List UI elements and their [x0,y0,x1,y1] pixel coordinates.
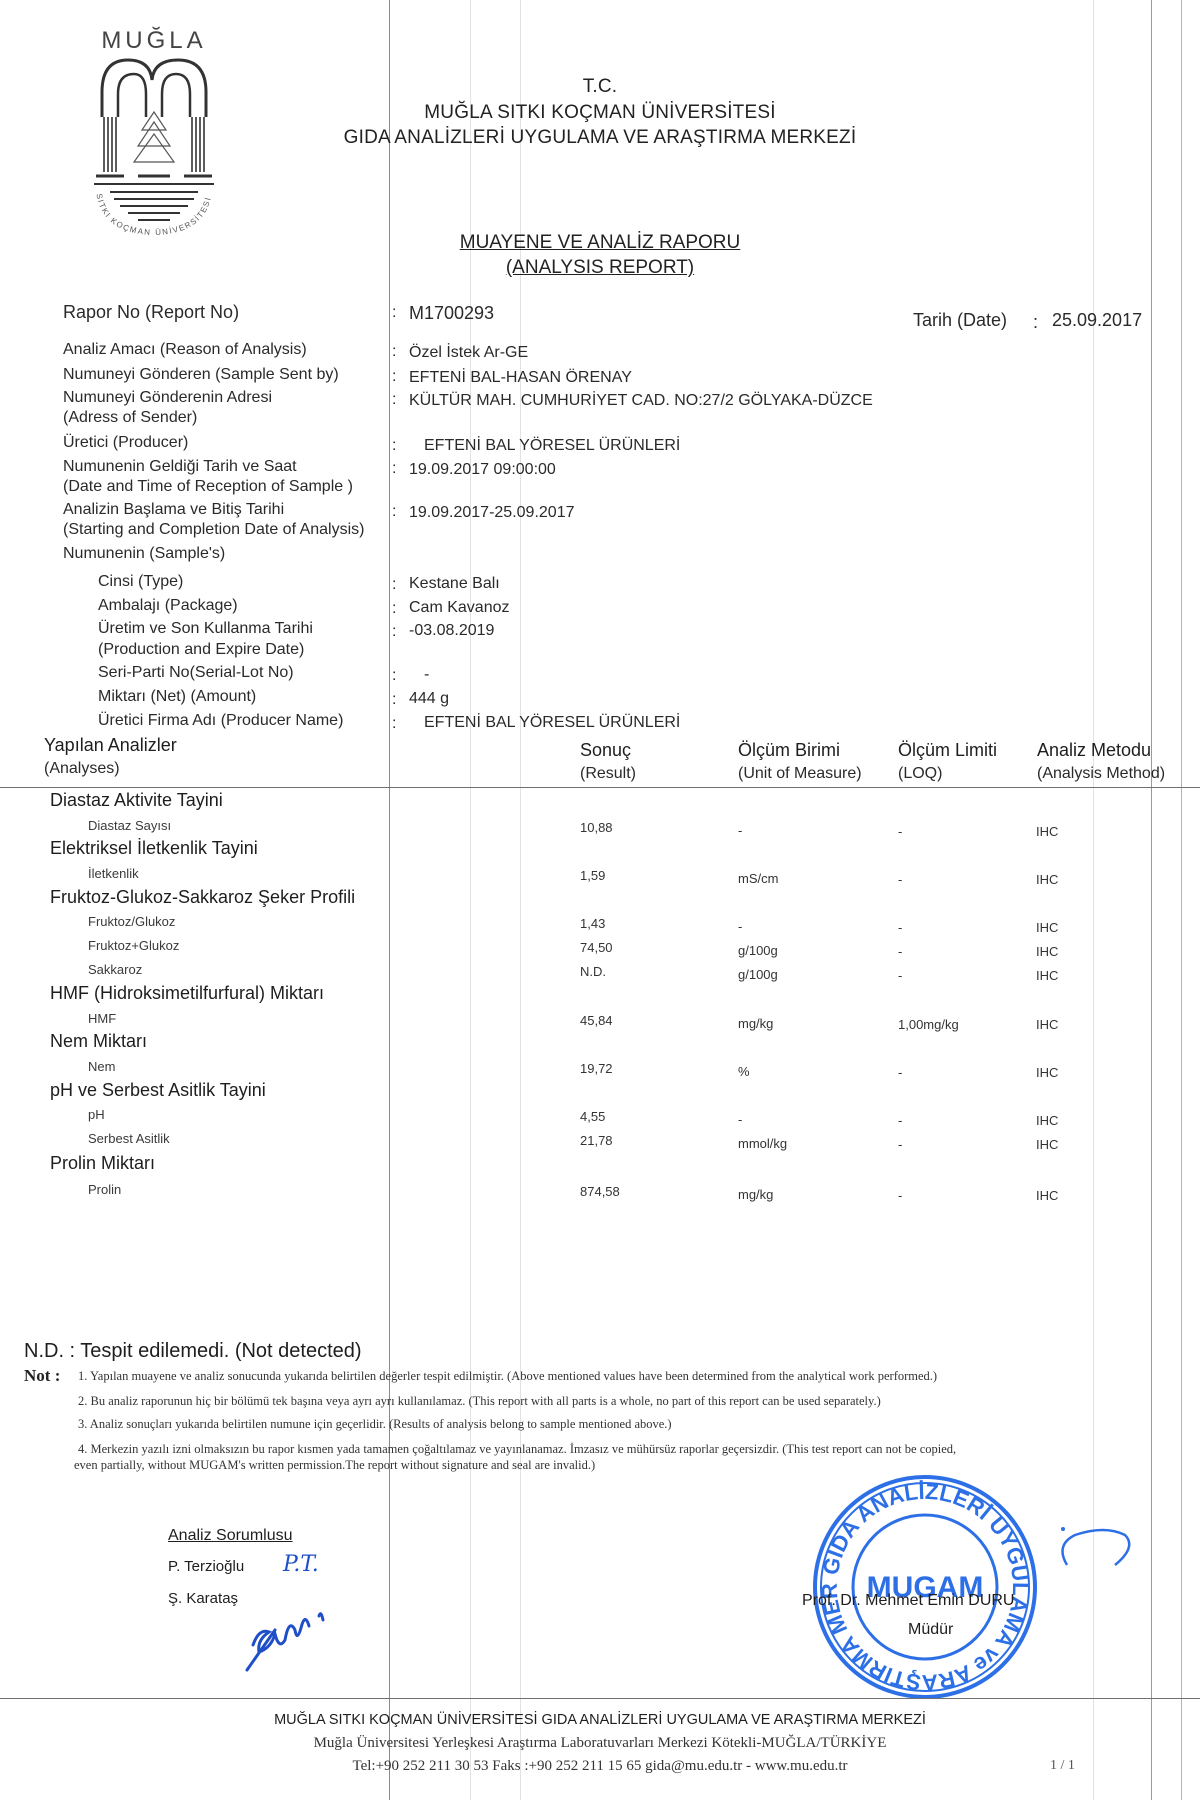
loq-value: 1,00mg/kg [898,1017,959,1032]
analysts-title: Analiz Sorumlusu [168,1527,293,1545]
colon: : [392,460,396,478]
note-item: even partially, without MUGAM's written … [74,1458,595,1473]
method-value: IHC [1036,1137,1058,1152]
column-header-en: (Analyses) [44,760,120,778]
method-value: IHC [1036,1113,1058,1128]
unit-value: - [738,1112,742,1127]
sample-field-label: Seri-Parti No(Serial-Lot No) [98,664,294,682]
column-header: Analiz Metodu [1037,740,1151,761]
field-label: Analizin Başlama ve Bitiş Tarihi [63,501,284,519]
scan-line [1151,0,1152,1800]
method-value: IHC [1036,824,1058,839]
parameter-name: pH [88,1107,105,1122]
parameter-name: Fruktoz/Glukoz [88,914,175,929]
field-label: Üretici (Producer) [63,434,188,452]
header-tc: T.C. [300,76,900,98]
colon: : [392,667,396,685]
note-item: 3. Analiz sonuçları yukarıda belirtilen … [78,1417,672,1432]
official-stamp-icon: GIDA ANALİZLERİ UYGULAMA ve ARAŞTIRMA ME… [808,1470,1043,1705]
analysis-group: pH ve Serbest Asitlik Tayini [50,1080,266,1101]
parameter-name: Serbest Asitlik [88,1131,170,1146]
nd-legend: N.D. : Tespit edilemedi. (Not detected) [24,1340,362,1363]
scan-line [1181,0,1182,1800]
unit-value: % [738,1064,750,1079]
parameter-name: Diastaz Sayısı [88,818,171,833]
unit-value: mS/cm [738,871,778,886]
column-header: Sonuç [580,740,631,761]
notes-label: Not : [24,1366,60,1386]
field-value: EFTENİ BAL-HASAN ÖRENAY [409,369,632,387]
unit-value: mg/kg [738,1016,773,1031]
unit-value: mmol/kg [738,1136,787,1151]
sample-field-value: -03.08.2019 [409,622,494,640]
parameter-name: Nem [88,1059,115,1074]
analysis-group: HMF (Hidroksimetilfurfural) Miktarı [50,983,324,1004]
university-arch-logo-icon: MUĞLA SITKI KOÇMAN ÜNİVERSİTESİ [88,22,220,237]
director-signature-icon [1055,1525,1135,1575]
colon: : [392,437,396,455]
analyst-1: P. Terzioğlu [168,1558,244,1575]
sample-field-label-en: (Production and Expire Date) [98,641,304,659]
analysis-group: Elektriksel İletkenlik Tayini [50,838,258,859]
header-center: GIDA ANALİZLERİ UYGULAMA VE ARAŞTIRMA ME… [300,127,900,149]
note-item: 2. Bu analiz raporunun hiç bir bölümü te… [78,1394,881,1409]
footer-contact: Tel:+90 252 211 30 53 Faks :+90 252 211 … [0,1758,1200,1775]
result-value: 1,59 [580,868,605,883]
report-title-en: (ANALYSIS REPORT) [300,257,900,279]
result-value: 74,50 [580,940,613,955]
unit-value: - [738,823,742,838]
method-value: IHC [1036,1065,1058,1080]
field-label-en: (Adress of Sender) [63,409,197,427]
column-header-en: (Unit of Measure) [738,765,862,783]
field-value: EFTENİ BAL YÖRESEL ÜRÜNLERİ [424,437,680,455]
column-header-en: (Result) [580,765,636,783]
analyst-1-signature: P.T. [283,1552,319,1577]
header-university: MUĞLA SITKI KOÇMAN ÜNİVERSİTESİ [300,102,900,124]
unit-value: - [738,919,742,934]
colon: : [392,623,396,641]
parameter-name: Fruktoz+Glukoz [88,938,179,953]
sample-field-label: Miktarı (Net) (Amount) [98,688,256,706]
colon: : [392,343,396,361]
loq-value: - [898,1137,902,1152]
unit-value: g/100g [738,943,778,958]
report-no-value: M1700293 [409,303,494,324]
loq-value: - [898,968,902,983]
field-label: Numuneyi Gönderenin Adresi [63,389,272,407]
analysis-group: Prolin Miktarı [50,1153,155,1174]
result-value: 45,84 [580,1013,613,1028]
university-logo: MUĞLA SITKI KOÇMAN ÜNİVERSİTESİ [88,22,220,237]
report-title: MUAYENE VE ANALİZ RAPORU [300,232,900,254]
colon: : [392,691,396,709]
field-label: Analiz Amacı (Reason of Analysis) [63,341,307,359]
result-value: 1,43 [580,916,605,931]
analyst-2: Ş. Karataş [168,1590,238,1607]
column-header: Ölçüm Birimi [738,740,840,761]
parameter-name: HMF [88,1011,116,1026]
director-title: Müdür [908,1621,953,1639]
sample-field-label: Cinsi (Type) [98,573,183,591]
result-value: 4,55 [580,1109,605,1124]
report-no-label: Rapor No (Report No) [63,302,239,323]
parameter-name: Prolin [88,1182,121,1197]
footer-rule [0,1698,1200,1699]
parameter-name: İletkenlik [88,866,139,881]
colon: : [392,576,396,594]
colon: : [392,715,396,733]
result-value: 21,78 [580,1133,613,1148]
colon: : [1033,312,1038,333]
field-value: 19.09.2017-25.09.2017 [409,504,574,522]
loq-value: - [898,1065,902,1080]
column-header: Yapılan Analizler [44,735,177,756]
loq-value: - [898,1188,902,1203]
sample-field-label: Ambalajı (Package) [98,597,238,615]
colon: : [392,368,396,386]
loq-value: - [898,1113,902,1128]
result-value: 874,58 [580,1184,620,1199]
colon: : [392,600,396,618]
method-value: IHC [1036,968,1058,983]
field-label-en: (Starting and Completion Date of Analysi… [63,521,364,539]
footer-address: Muğla Üniversitesi Yerleşkesi Araştırma … [0,1735,1200,1752]
note-item: 1. Yapılan muayene ve analiz sonucunda y… [78,1369,937,1384]
date-label: Tarih (Date) [913,310,1007,331]
field-value: KÜLTÜR MAH. CUMHURİYET CAD. NO:27/2 GÖLY… [409,392,873,410]
analysis-group: Fruktoz-Glukoz-Sakkaroz Şeker Profili [50,887,355,908]
sample-field-value: EFTENİ BAL YÖRESEL ÜRÜNLERİ [424,714,680,732]
field-label: Numunenin Geldiği Tarih ve Saat [63,458,297,476]
note-item: 4. Merkezin yazılı izni olmaksızın bu ra… [78,1442,956,1457]
unit-value: g/100g [738,967,778,982]
sample-field-value: 444 g [409,690,449,708]
loq-value: - [898,872,902,887]
sample-field-label: Üretici Firma Adı (Producer Name) [98,712,343,730]
analyst-2-signature-icon [235,1590,345,1675]
sample-field-value: - [424,666,429,684]
field-value: Özel İstek Ar-GE [409,344,528,362]
result-value: 19,72 [580,1061,613,1076]
column-header: Ölçüm Limiti [898,740,997,761]
sample-field-value: Cam Kavanoz [409,599,510,617]
date-value: 25.09.2017 [1052,310,1142,331]
column-header-en: (Analysis Method) [1037,765,1165,783]
method-value: IHC [1036,1017,1058,1032]
svg-text:MUĞLA: MUĞLA [101,27,206,54]
colon: : [392,503,396,521]
method-value: IHC [1036,872,1058,887]
table-header-rule [0,787,1200,788]
sample-field-value: Kestane Balı [409,575,500,593]
column-header-en: (LOQ) [898,765,942,783]
sample-heading: Numunenin (Sample's) [63,545,225,563]
parameter-name: Sakkaroz [88,962,142,977]
colon: : [392,304,396,322]
sample-field-label: Üretim ve Son Kullanma Tarihi [98,620,313,638]
footer-institution: MUĞLA SITKI KOÇMAN ÜNİVERSİTESİ GIDA ANA… [0,1712,1200,1728]
colon: : [392,391,396,409]
loq-value: - [898,944,902,959]
result-value: 10,88 [580,820,613,835]
analysis-group: Diastaz Aktivite Tayini [50,790,223,811]
director-name: Prof. Dr. Mehmet Emin DURU [802,1592,1014,1610]
loq-value: - [898,920,902,935]
method-value: IHC [1036,920,1058,935]
page-number: 1 / 1 [1050,1758,1075,1774]
result-value: N.D. [580,964,606,979]
analysis-group: Nem Miktarı [50,1031,147,1052]
method-value: IHC [1036,944,1058,959]
method-value: IHC [1036,1188,1058,1203]
field-value: 19.09.2017 09:00:00 [409,461,556,479]
loq-value: - [898,824,902,839]
field-label: Numuneyi Gönderen (Sample Sent by) [63,366,339,384]
field-label-en: (Date and Time of Reception of Sample ) [63,478,353,496]
unit-value: mg/kg [738,1187,773,1202]
